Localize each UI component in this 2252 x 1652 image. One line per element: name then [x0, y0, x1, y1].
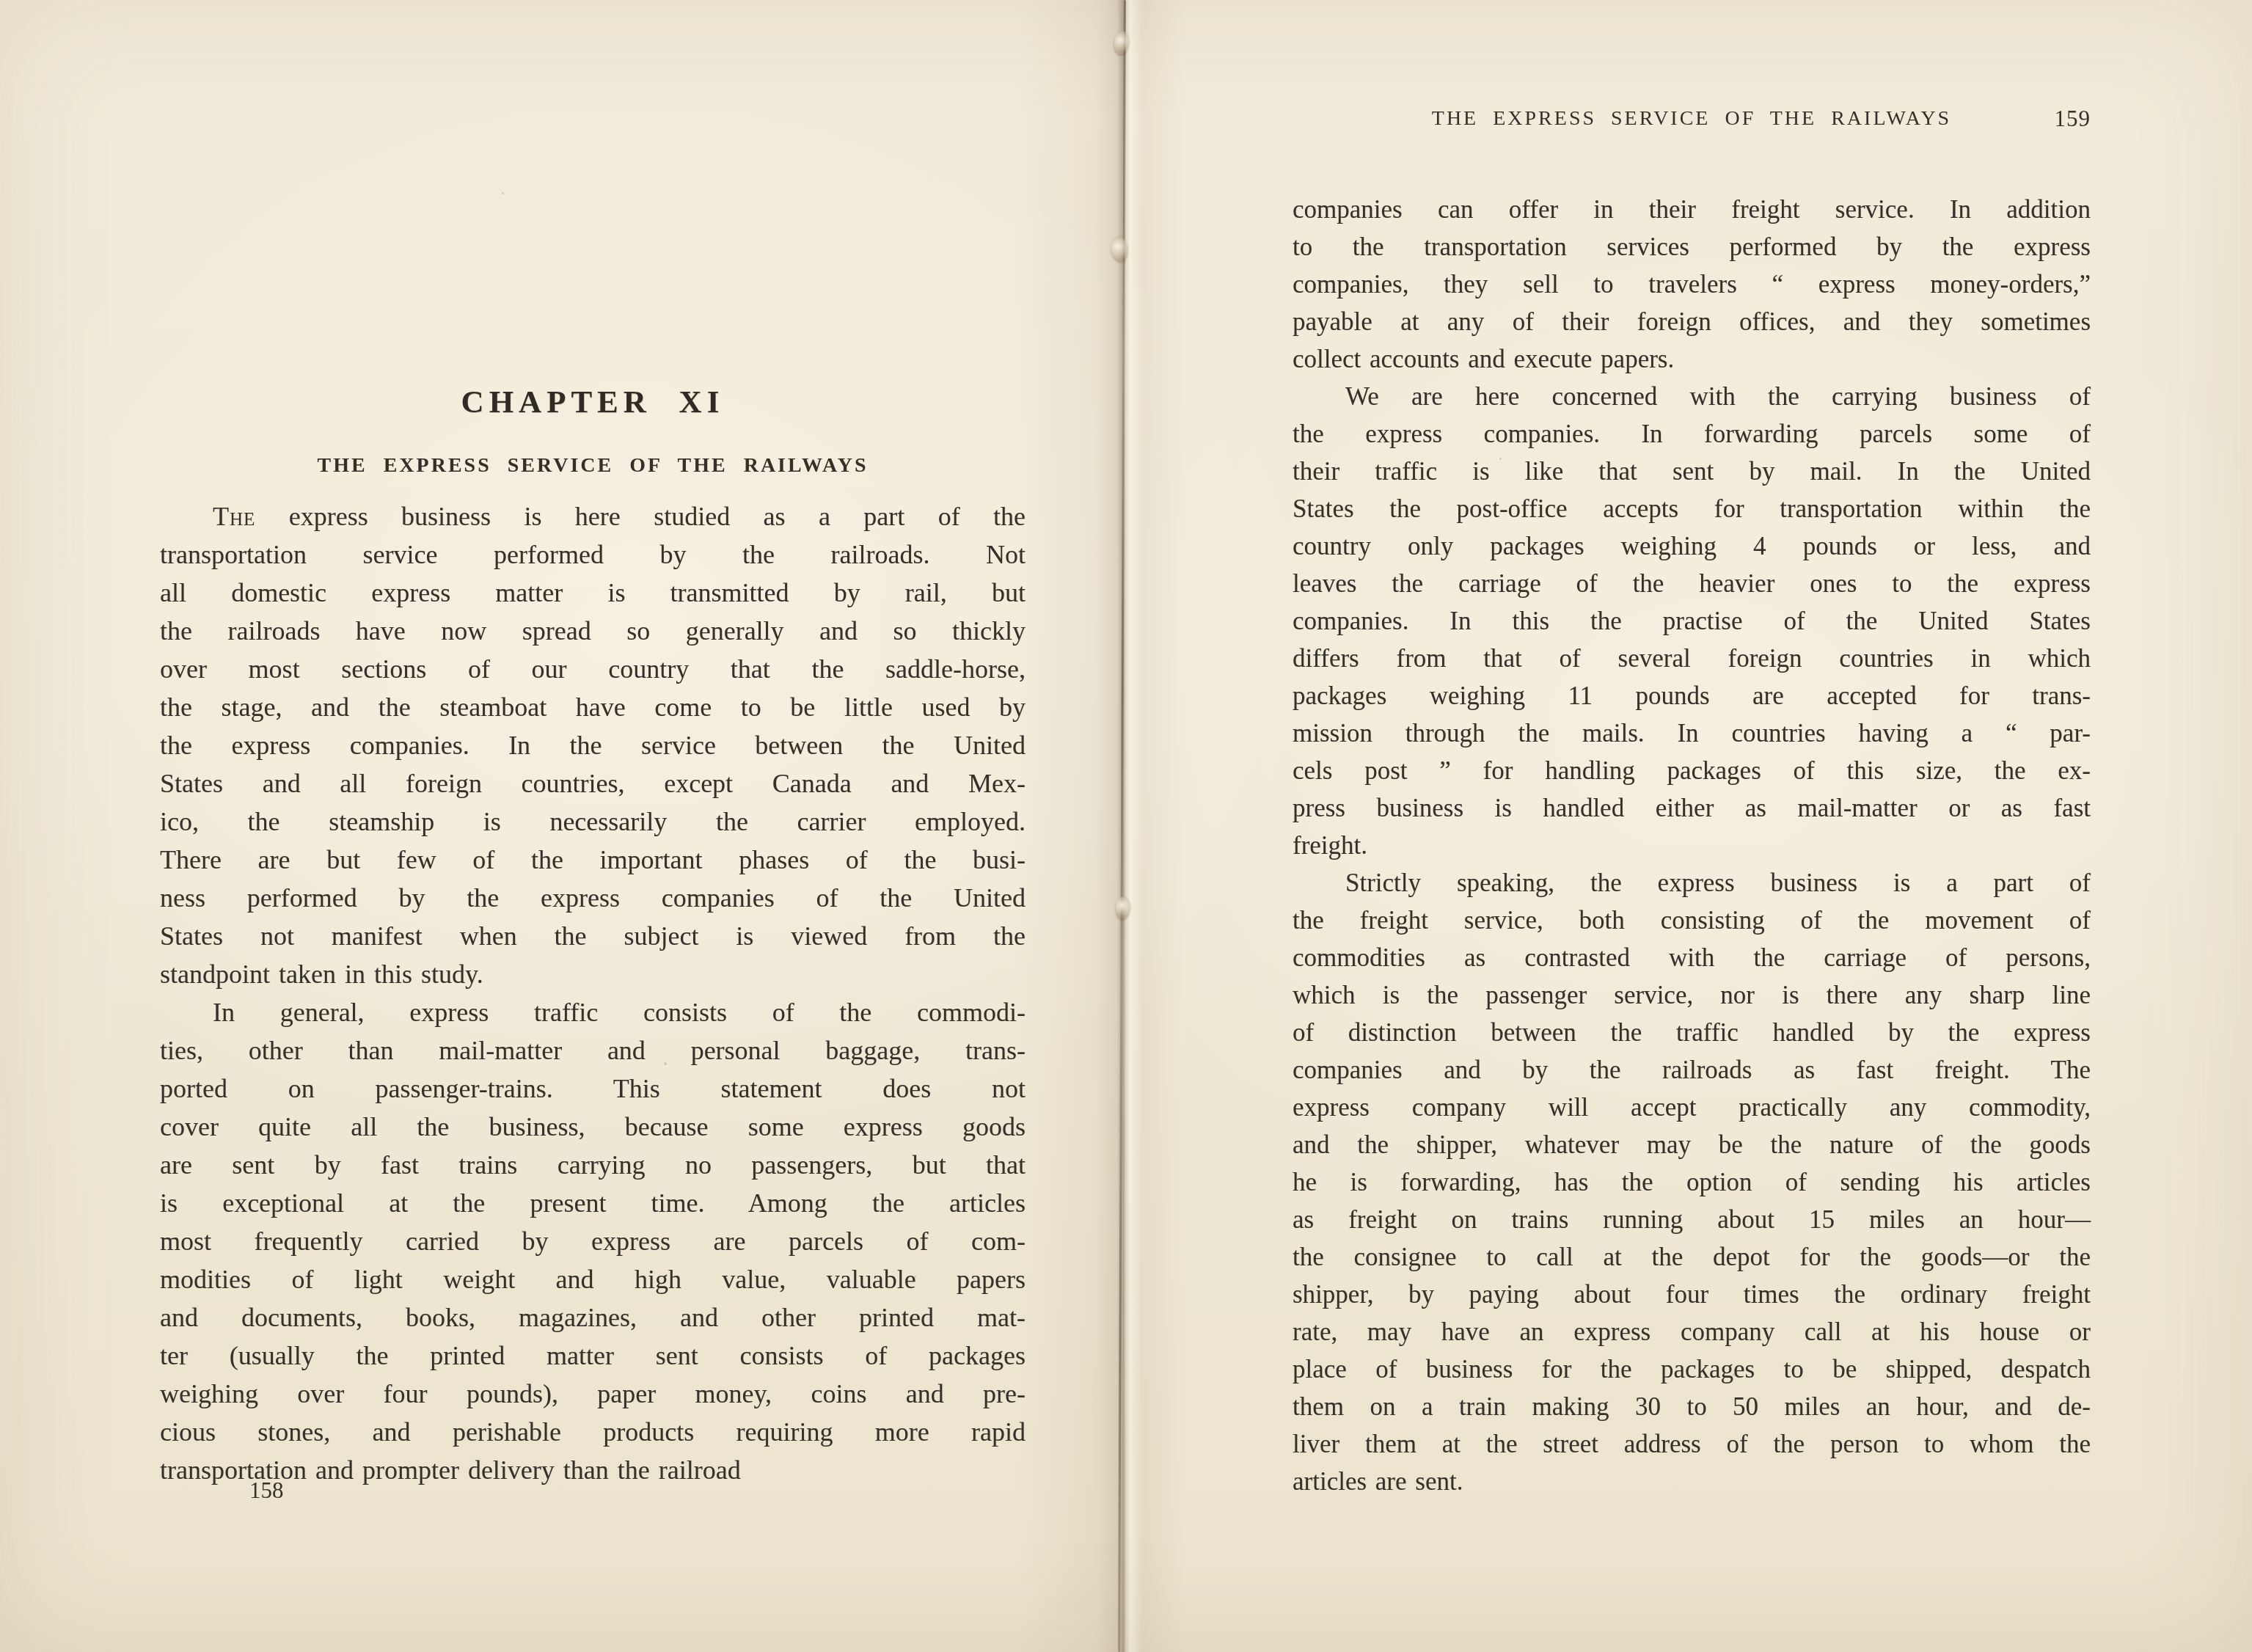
text-line: States not manifest when the subject is …: [160, 917, 1026, 955]
text-line: There are but few of the important phase…: [160, 841, 1026, 879]
text-line: as freight on trains running about 15 mi…: [1293, 1201, 2091, 1238]
text-line: leaves the carriage of the heavier ones …: [1293, 565, 2091, 602]
text-line: companies, they sell to travelers “ expr…: [1293, 266, 2091, 303]
text-line: freight.: [1293, 827, 2091, 864]
page-right-text-block: companies can offer in their freight ser…: [1293, 191, 2091, 1500]
text-line: ness performed by the express companies …: [160, 879, 1026, 917]
book-spread: CHAPTER XI THE EXPRESS SERVICE OF THE RA…: [0, 0, 2252, 1652]
text-line: transportation service performed by the …: [160, 536, 1026, 574]
text-line: country only packages weighing 4 pounds …: [1293, 527, 2091, 565]
text-line: packages weighing 11 pounds are accepted…: [1293, 677, 2091, 714]
text-line: the railroads have now spread so general…: [160, 612, 1026, 650]
running-header: THE EXPRESS SERVICE OF THE RAILWAYS 159: [1293, 109, 2091, 129]
text-line: the stage, and the steamboat have come t…: [160, 688, 1026, 726]
book-gutter-shadow: [1016, 0, 1251, 1652]
text-line: payable at any of their foreign offices,…: [1293, 303, 2091, 340]
text-line: transportation and prompter delivery tha…: [160, 1451, 1026, 1489]
text-line: cover quite all the business, because so…: [160, 1108, 1026, 1146]
paper-speck: [664, 1062, 667, 1065]
text-line: cels post ” for handling packages of thi…: [1293, 752, 2091, 789]
text-line: differs from that of several foreign cou…: [1293, 640, 2091, 677]
text-line: press business is handled either as mail…: [1293, 789, 2091, 827]
text-line: the express companies. In the service be…: [160, 726, 1026, 764]
text-line: place of business for the packages to be…: [1293, 1351, 2091, 1388]
paper-speck: [914, 1276, 916, 1278]
text-line: Strictly speaking, the express business …: [1293, 864, 2091, 902]
text-line: to the transportation services performed…: [1293, 228, 2091, 266]
text-line: most frequently carried by express are p…: [160, 1222, 1026, 1260]
text-line: articles are sent.: [1293, 1463, 2091, 1500]
text-line: ico, the steamship is necessarily the ca…: [160, 803, 1026, 841]
text-line: States the post-office accepts for trans…: [1293, 490, 2091, 527]
text-line: mission through the mails. In countries …: [1293, 714, 2091, 752]
text-line: the consignee to call at the depot for t…: [1293, 1238, 2091, 1276]
text-line: all domestic express matter is transmitt…: [160, 574, 1026, 612]
text-line: express company will accept practically …: [1293, 1089, 2091, 1126]
text-line: standpoint taken in this study.: [160, 955, 1026, 993]
text-line: the freight service, both consisting of …: [1293, 902, 2091, 939]
text-line: rate, may have an express company call a…: [1293, 1313, 2091, 1351]
page-number-right: 159: [2055, 107, 2091, 130]
text-line: ties, other than mail-matter and persona…: [160, 1031, 1026, 1070]
chapter-subtitle: THE EXPRESS SERVICE OF THE RAILWAYS: [160, 456, 1026, 476]
page-number-left: 158: [249, 1479, 284, 1502]
page-left-text-block: The express business is here studied as …: [160, 497, 1026, 1489]
running-header-title: THE EXPRESS SERVICE OF THE RAILWAYS: [1432, 107, 1951, 130]
text-line: and the shipper, whatever may be the nat…: [1293, 1126, 2091, 1163]
text-line: over most sections of our country that t…: [160, 650, 1026, 688]
text-line: commodities as contrasted with the carri…: [1293, 939, 2091, 976]
text-line: ter (usually the printed matter sent con…: [160, 1337, 1026, 1375]
text-line: The express business is here studied as …: [160, 497, 1026, 536]
text-line: liver them at the street address of the …: [1293, 1425, 2091, 1463]
text-line: companies can offer in their freight ser…: [1293, 191, 2091, 228]
text-line: cious stones, and perishable products re…: [160, 1413, 1026, 1451]
text-line: modities of light weight and high value,…: [160, 1260, 1026, 1298]
text-line: ported on passenger-trains. This stateme…: [160, 1070, 1026, 1108]
text-line: which is the passenger service, nor is t…: [1293, 976, 2091, 1014]
text-line: their traffic is like that sent by mail.…: [1293, 453, 2091, 490]
text-line: of distinction between the traffic handl…: [1293, 1014, 2091, 1051]
text-line: We are here concerned with the carrying …: [1293, 378, 2091, 415]
chapter-heading: CHAPTER XI: [160, 387, 1026, 418]
text-line: States and all foreign countries, except…: [160, 764, 1026, 803]
paper-speck: [502, 192, 504, 194]
text-line: companies and by the railroads as fast f…: [1293, 1051, 2091, 1089]
lead-word-smallcaps: The: [213, 502, 255, 531]
text-line: weighing over four pounds), paper money,…: [160, 1375, 1026, 1413]
text-line: shipper, by paying about four times the …: [1293, 1276, 2091, 1313]
text-line: them on a train making 30 to 50 miles an…: [1293, 1388, 2091, 1425]
text-line: are sent by fast trains carrying no pass…: [160, 1146, 1026, 1184]
text-line: In general, express traffic consists of …: [160, 993, 1026, 1031]
text-line: collect accounts and execute papers.: [1293, 340, 2091, 378]
text-line: companies. In this the practise of the U…: [1293, 602, 2091, 640]
text-line: he is forwarding, has the option of send…: [1293, 1163, 2091, 1201]
text-line: and documents, books, magazines, and oth…: [160, 1298, 1026, 1337]
text-line: is exceptional at the present time. Amon…: [160, 1184, 1026, 1222]
text-line: the express companies. In forwarding par…: [1293, 415, 2091, 453]
